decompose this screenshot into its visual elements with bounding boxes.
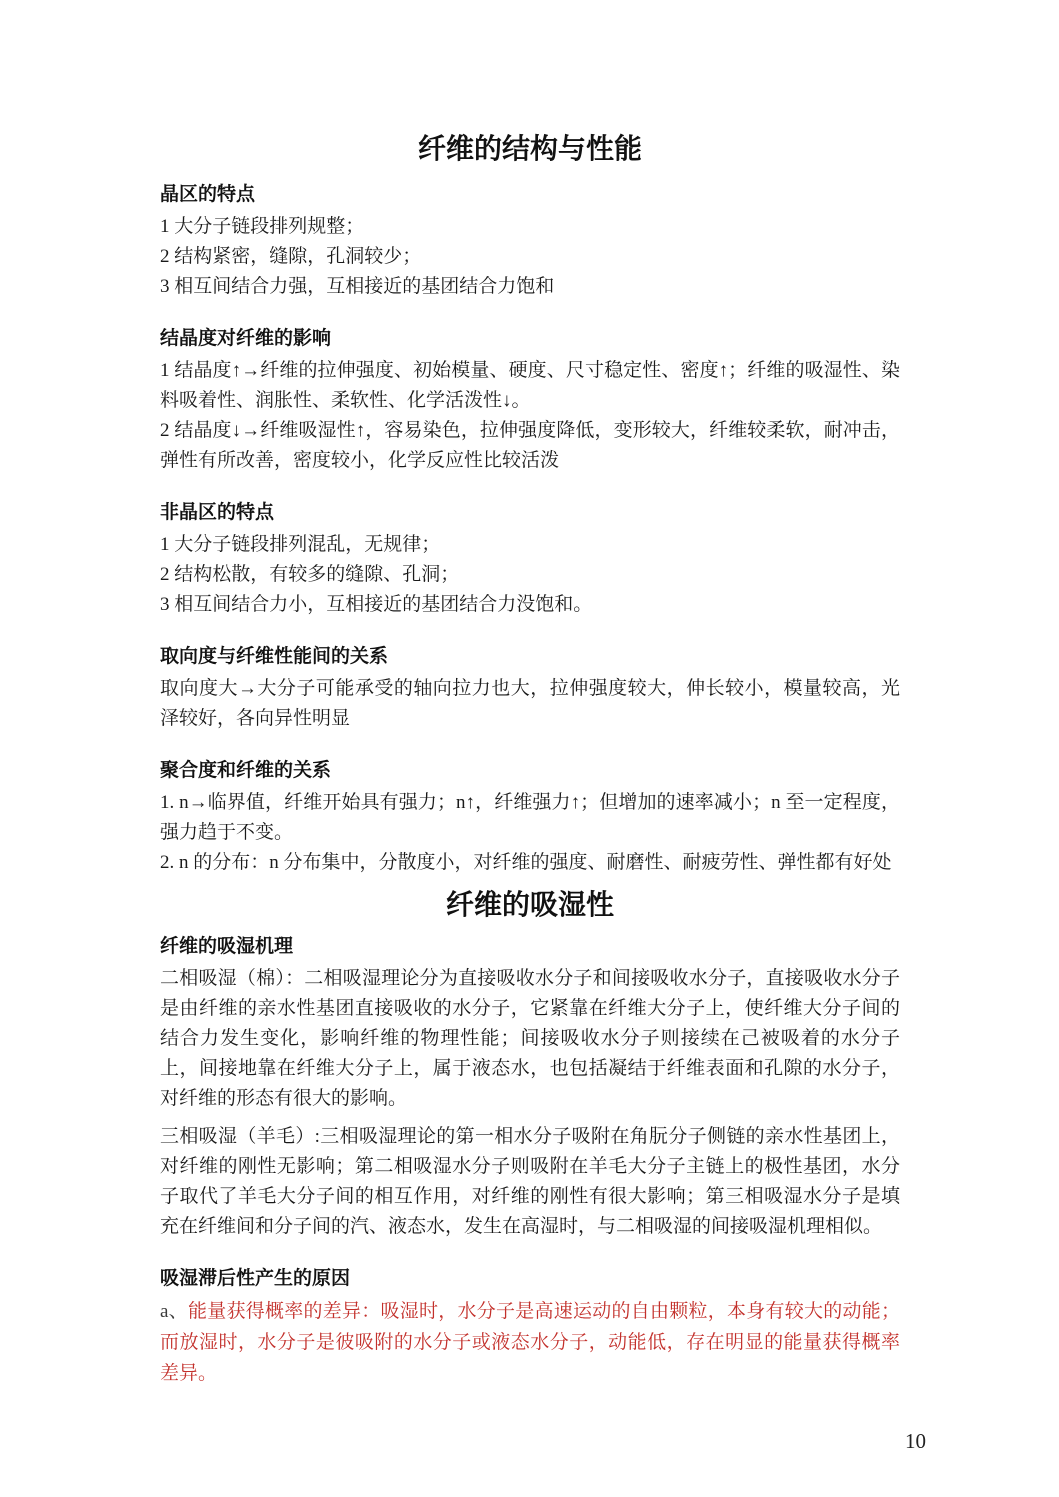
section-polymerization-degree: 聚合度和纤维的关系 1. n→临界值，纤维开始具有强力；n↑，纤维强力↑；但增加…	[160, 758, 900, 878]
paragraph-line: 3 相互间结合力小，互相接近的基团结合力没饱和。	[160, 590, 900, 620]
section-heading-crystallinity: 结晶度对纤维的影响	[160, 326, 900, 352]
section-hysteresis-cause: 吸湿滞后性产生的原因 a、能量获得概率的差异：吸湿时，水分子是高速运动的自由颗粒…	[160, 1266, 900, 1389]
paragraph-two-phase: 二相吸湿（棉）：二相吸湿理论分为直接吸收水分子和间接吸收水分子，直接吸收水分子是…	[160, 964, 900, 1114]
document-page: 纤维的结构与性能 晶区的特点 1 大分子链段排列规整； 2 结构紧密，缝隙，孔洞…	[0, 0, 1059, 1497]
main-title: 纤维的结构与性能	[160, 130, 900, 168]
section-heading-orientation: 取向度与纤维性能间的关系	[160, 644, 900, 670]
paragraph-line: 2 结构松散，有较多的缝隙、孔洞；	[160, 560, 900, 590]
section-crystalline-region: 晶区的特点 1 大分子链段排列规整； 2 结构紧密，缝隙，孔洞较少； 3 相互间…	[160, 182, 900, 302]
paragraph-three-phase: 三相吸湿（羊毛）:三相吸湿理论的第一相水分子吸附在角朊分子侧链的亲水性基团上，对…	[160, 1122, 900, 1242]
paragraph-line: 1 结晶度↑→纤维的拉伸强度、初始模量、硬度、尺寸稳定性、密度↑；纤维的吸湿性、…	[160, 356, 900, 416]
paragraph-line: 2 结晶度↓→纤维吸湿性↑，容易染色，拉伸强度降低，变形较大，纤维较柔软，耐冲击…	[160, 416, 900, 476]
section-orientation: 取向度与纤维性能间的关系 取向度大→大分子可能承受的轴向拉力也大，拉伸强度较大，…	[160, 644, 900, 734]
paragraph-hysteresis-red: a、能量获得概率的差异：吸湿时，水分子是高速运动的自由颗粒，本身有较大的动能；而…	[160, 1296, 900, 1389]
paragraph-line: 3 相互间结合力强，互相接近的基团结合力饱和	[160, 272, 900, 302]
paragraph-line: 1 大分子链段排列混乱，无规律；	[160, 530, 900, 560]
paragraph-line: 2. n 的分布：n 分布集中，分散度小，对纤维的强度、耐磨性、耐疲劳性、弹性都…	[160, 848, 900, 878]
second-title: 纤维的吸湿性	[160, 886, 900, 924]
list-item-prefix: a、	[160, 1301, 188, 1322]
section-crystallinity-effect: 结晶度对纤维的影响 1 结晶度↑→纤维的拉伸强度、初始模量、硬度、尺寸稳定性、密…	[160, 326, 900, 476]
paragraph-line: 2 结构紧密，缝隙，孔洞较少；	[160, 242, 900, 272]
section-heading-hysteresis: 吸湿滞后性产生的原因	[160, 1266, 900, 1292]
paragraph-line: 1. n→临界值，纤维开始具有强力；n↑，纤维强力↑；但增加的速率减小；n 至一…	[160, 788, 900, 848]
paragraph-line: 1 大分子链段排列规整；	[160, 212, 900, 242]
section-amorphous-region: 非晶区的特点 1 大分子链段排列混乱，无规律； 2 结构松散，有较多的缝隙、孔洞…	[160, 500, 900, 620]
section-heading-crystalline: 晶区的特点	[160, 182, 900, 208]
section-heading-amorphous: 非晶区的特点	[160, 500, 900, 526]
page-number: 10	[905, 1428, 926, 1454]
section-heading-moisture-mechanism: 纤维的吸湿机理	[160, 934, 900, 960]
paragraph-line: 取向度大→大分子可能承受的轴向拉力也大，拉伸强度较大，伸长较小，模量较高，光泽较…	[160, 674, 900, 734]
section-moisture-mechanism: 纤维的吸湿机理 二相吸湿（棉）：二相吸湿理论分为直接吸收水分子和间接吸收水分子，…	[160, 934, 900, 1242]
red-highlight-text: 能量获得概率的差异：吸湿时，水分子是高速运动的自由颗粒，本身有较大的动能；而放湿…	[160, 1301, 900, 1384]
section-heading-polymerization: 聚合度和纤维的关系	[160, 758, 900, 784]
